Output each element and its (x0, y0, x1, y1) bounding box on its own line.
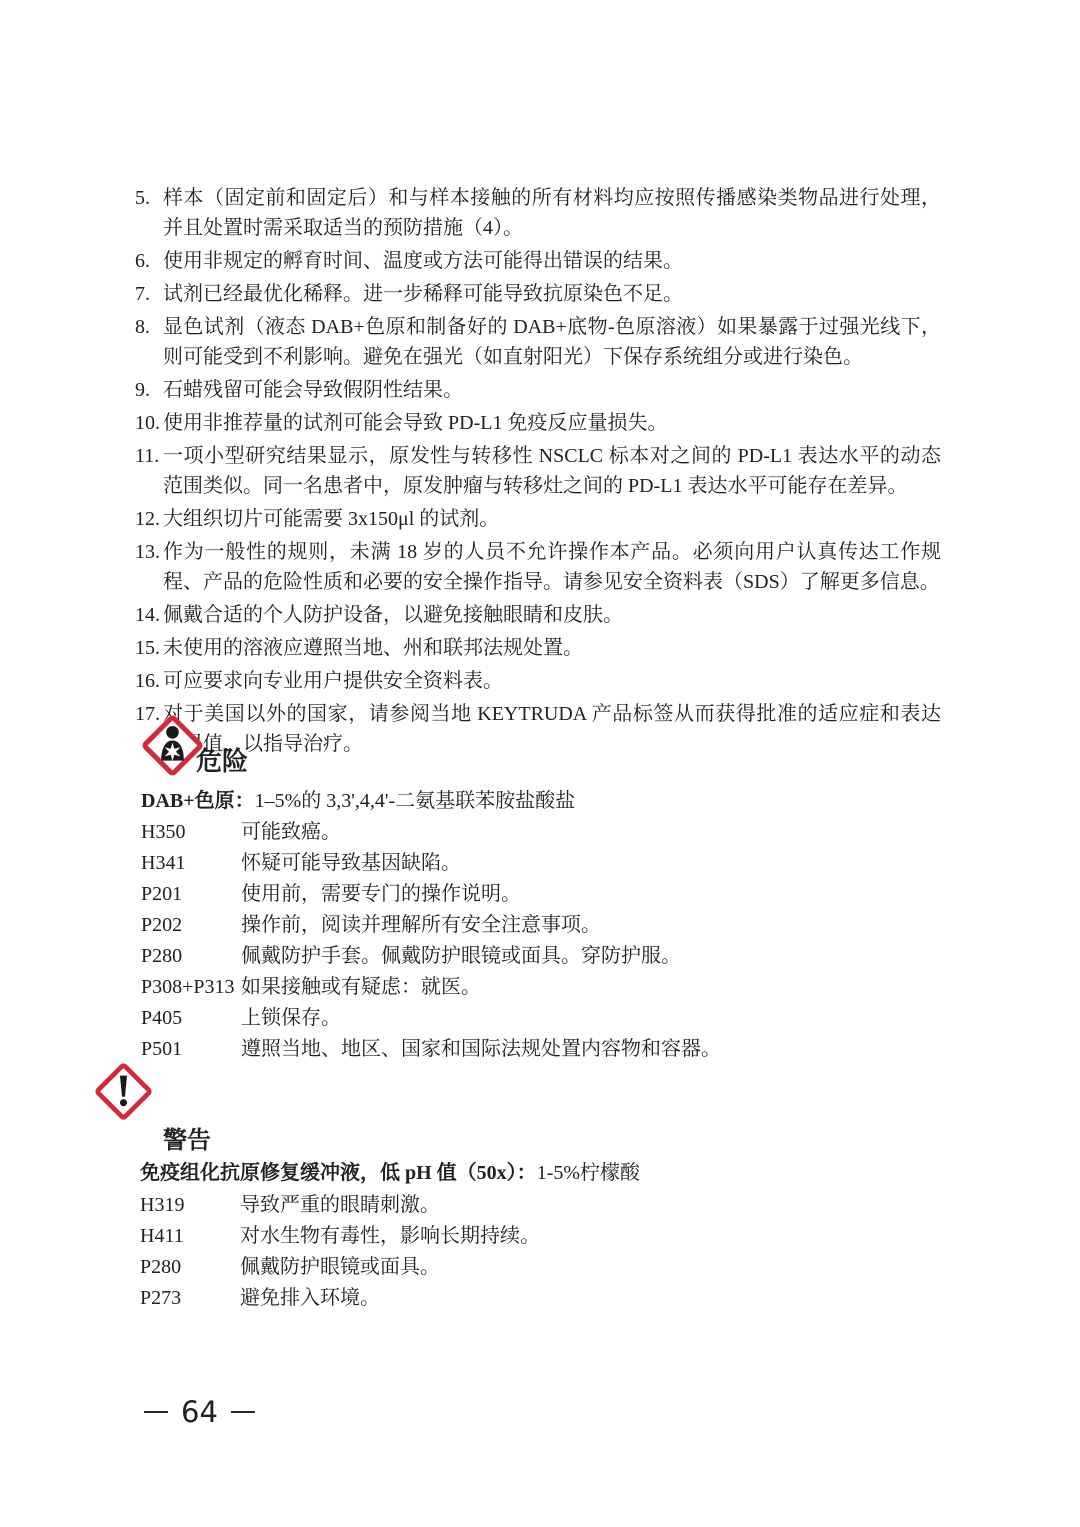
statement-text: 佩戴防护手套。佩戴防护眼镜或面具。穿防护服。 (241, 941, 941, 972)
document-page: 5.样本（固定前和固定后）和与样本接触的所有材料均应按照传播感染类物品进行处理，… (0, 0, 1080, 1527)
hazard-statement-row: P280佩戴防护眼镜或面具。 (140, 1252, 940, 1283)
list-item: 9.石蜡残留可能会导致假阴性结果。 (135, 375, 941, 405)
dab-chromogen-substance-line: DAB+色原：1–5%的 3,3',4,4'-二氨基联苯胺盐酸盐 (141, 786, 941, 816)
list-item-text: 样本（固定前和固定后）和与样本接触的所有材料均应按照传播感染类物品进行处理，并且… (163, 183, 941, 243)
list-item-number: 5. (135, 183, 163, 243)
antigen-retrieval-substance-line: 免疫组化抗原修复缓冲液，低 pH 值（50x）：1-5%柠檬酸 (140, 1158, 940, 1188)
list-item-number: 6. (135, 246, 163, 276)
list-item-text: 使用非推荐量的试剂可能会导致 PD-L1 免疫反应量损失。 (163, 408, 941, 438)
hazard-statement-row: P501遵照当地、地区、国家和国际法规处置内容物和容器。 (141, 1034, 941, 1065)
statement-text: 怀疑可能导致基因缺陷。 (241, 848, 941, 879)
statement-code: H319 (140, 1190, 240, 1221)
statement-code: P501 (141, 1034, 241, 1065)
statement-text: 导致严重的眼睛刺激。 (240, 1190, 940, 1221)
hazard-statement-row: P201使用前，需要专门的操作说明。 (141, 879, 941, 910)
list-item-number: 9. (135, 375, 163, 405)
list-item-text: 大组织切片可能需要 3x150μl 的试剂。 (163, 504, 941, 534)
list-item-text: 使用非规定的孵育时间、温度或方法可能得出错误的结果。 (163, 246, 941, 276)
list-item: 17.对于美国以外的国家，请参阅当地 KEYTRUDA 产品标签从而获得批准的适… (135, 699, 941, 759)
footer-dash (231, 1411, 255, 1413)
statement-code: H341 (141, 848, 241, 879)
substance-composition: 1-5%柠檬酸 (537, 1162, 640, 1184)
statement-code: H350 (141, 817, 241, 848)
hazard-statement-row: P280佩戴防护手套。佩戴防护眼镜或面具。穿防护服。 (141, 941, 941, 972)
list-item-text: 显色试剂（液态 DAB+色原和制备好的 DAB+底物-色原溶液）如果暴露于过强光… (163, 312, 941, 372)
list-item-text: 佩戴合适的个人防护设备，以避免接触眼睛和皮肤。 (163, 600, 941, 630)
list-item-number: 7. (135, 279, 163, 309)
list-item: 8.显色试剂（液态 DAB+色原和制备好的 DAB+底物-色原溶液）如果暴露于过… (135, 312, 941, 372)
statement-text: 使用前，需要专门的操作说明。 (241, 879, 941, 910)
statement-text: 对水生物有毒性，影响长期持续。 (240, 1221, 940, 1252)
statement-text: 可能致癌。 (241, 817, 941, 848)
list-item: 13.作为一般性的规则，未满 18 岁的人员不允许操作本产品。必须向用户认真传达… (135, 537, 941, 597)
ghs07-exclamation-icon (94, 1062, 153, 1121)
list-item-number: 10. (135, 408, 163, 438)
statement-code: P273 (140, 1283, 240, 1314)
list-item-number: 12. (135, 504, 163, 534)
ghs08-health-hazard-icon (141, 714, 204, 777)
substance-name: 免疫组化抗原修复缓冲液，低 pH 值（50x）： (140, 1162, 537, 1184)
statement-code: P201 (141, 879, 241, 910)
footer-dash (144, 1411, 168, 1413)
danger-statements: H350可能致癌。 H341怀疑可能导致基因缺陷。 P201使用前，需要专门的操… (141, 817, 941, 1065)
list-item-text: 未使用的溶液应遵照当地、州和联邦法规处置。 (163, 633, 941, 663)
statement-code: P280 (141, 941, 241, 972)
page-number: 64 (181, 1396, 218, 1428)
statement-text: 遵照当地、地区、国家和国际法规处置内容物和容器。 (241, 1034, 941, 1065)
list-item: 14.佩戴合适的个人防护设备，以避免接触眼睛和皮肤。 (135, 600, 941, 630)
list-item-number: 13. (135, 537, 163, 597)
warning-signal-word: 警告 (163, 1126, 211, 1156)
substance-composition: 1–5%的 3,3',4,4'-二氨基联苯胺盐酸盐 (255, 790, 576, 812)
list-item-number: 15. (135, 633, 163, 663)
hazard-statement-row: H341怀疑可能导致基因缺陷。 (141, 848, 941, 879)
hazard-statement-row: H411对水生物有毒性，影响长期持续。 (140, 1221, 940, 1252)
danger-signal-word: 危险 (196, 747, 248, 777)
statement-code: P280 (140, 1252, 240, 1283)
notes-list: 5.样本（固定前和固定后）和与样本接触的所有材料均应按照传播感染类物品进行处理，… (135, 183, 941, 762)
list-item-number: 11. (135, 441, 163, 501)
statement-code: P202 (141, 910, 241, 941)
statement-text: 避免排入环境。 (240, 1283, 940, 1314)
list-item: 10.使用非推荐量的试剂可能会导致 PD-L1 免疫反应量损失。 (135, 408, 941, 438)
list-item-text: 可应要求向专业用户提供安全资料表。 (163, 666, 941, 696)
hazard-statement-row: P202操作前，阅读并理解所有安全注意事项。 (141, 910, 941, 941)
list-item: 12.大组织切片可能需要 3x150μl 的试剂。 (135, 504, 941, 534)
hazard-statement-row: H319导致严重的眼睛刺激。 (140, 1190, 940, 1221)
hazard-statement-row: P405上锁保存。 (141, 1003, 941, 1034)
statement-code: P405 (141, 1003, 241, 1034)
list-item-text: 对于美国以外的国家，请参阅当地 KEYTRUDA 产品标签从而获得批准的适应症和… (163, 699, 941, 759)
list-item: 15.未使用的溶液应遵照当地、州和联邦法规处置。 (135, 633, 941, 663)
hazard-statement-row: P308+P313如果接触或有疑虑：就医。 (141, 972, 941, 1003)
statement-text: 佩戴防护眼镜或面具。 (240, 1252, 940, 1283)
list-item: 11.一项小型研究结果显示，原发性与转移性 NSCLC 标本对之间的 PD-L1… (135, 441, 941, 501)
list-item-text: 一项小型研究结果显示，原发性与转移性 NSCLC 标本对之间的 PD-L1 表达… (163, 441, 941, 501)
statement-code: H411 (140, 1221, 240, 1252)
list-item: 6.使用非规定的孵育时间、温度或方法可能得出错误的结果。 (135, 246, 941, 276)
list-item: 16.可应要求向专业用户提供安全资料表。 (135, 666, 941, 696)
warning-statements: H319导致严重的眼睛刺激。 H411对水生物有毒性，影响长期持续。 P280佩… (140, 1190, 940, 1314)
list-item-number: 14. (135, 600, 163, 630)
list-item-text: 作为一般性的规则，未满 18 岁的人员不允许操作本产品。必须向用户认真传达工作规… (163, 537, 941, 597)
list-item-text: 试剂已经最优化稀释。进一步稀释可能导致抗原染色不足。 (163, 279, 941, 309)
statement-text: 上锁保存。 (241, 1003, 941, 1034)
list-item-number: 8. (135, 312, 163, 372)
list-item: 5.样本（固定前和固定后）和与样本接触的所有材料均应按照传播感染类物品进行处理，… (135, 183, 941, 243)
statement-text: 操作前，阅读并理解所有安全注意事项。 (241, 910, 941, 941)
statement-code: P308+P313 (141, 972, 241, 1003)
list-item-text: 石蜡残留可能会导致假阴性结果。 (163, 375, 941, 405)
list-item: 7.试剂已经最优化稀释。进一步稀释可能导致抗原染色不足。 (135, 279, 941, 309)
substance-name: DAB+色原： (141, 790, 255, 812)
list-item-number: 16. (135, 666, 163, 696)
hazard-statement-row: H350可能致癌。 (141, 817, 941, 848)
statement-text: 如果接触或有疑虑：就医。 (241, 972, 941, 1003)
page-footer: 64 (144, 1396, 255, 1428)
hazard-statement-row: P273避免排入环境。 (140, 1283, 940, 1314)
